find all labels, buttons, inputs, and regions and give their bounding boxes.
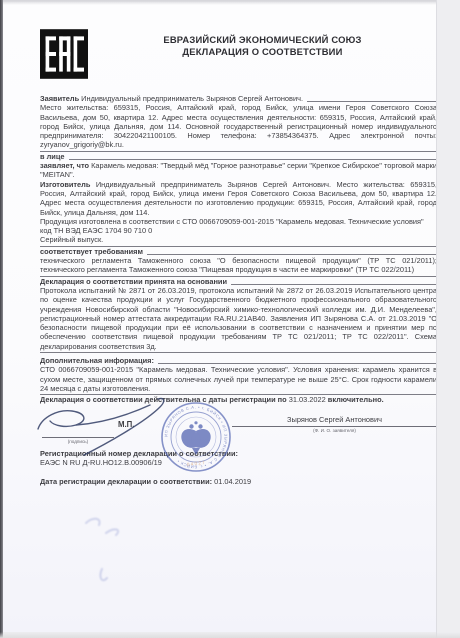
registration-number-label: Регистрационный номер декларации о соотв… — [40, 449, 437, 458]
document-header: ЕВРАЗИЙСКИЙ ЭКОНОМИЧЕСКИЙ СОЮЗ ДЕКЛАРАЦИ… — [40, 29, 437, 79]
union-title: ЕВРАЗИЙСКИЙ ЭКОНОМИЧЕСКИЙ СОЮЗ — [88, 34, 437, 46]
validity-prefix: Декларация о соответствии действительна … — [40, 395, 287, 404]
rule-line — [231, 284, 437, 285]
eac-mark-icon — [40, 29, 88, 79]
in-person-row: в лице — [40, 152, 437, 161]
signer-name: Зырянов Сергей Антонович — [232, 415, 437, 427]
basis-body: Протокола испытаний № 2871 от 26.03.2019… — [40, 286, 437, 353]
additional-heading: Дополнительная информация: — [40, 356, 154, 365]
registration-date-label: Дата регистрации декларации о соответств… — [40, 477, 212, 486]
signature-caption: (подпись) — [42, 439, 114, 445]
scan-edge-bottom — [0, 632, 460, 638]
declares-label: заявляет, что — [40, 161, 89, 170]
compliance-body: технического регламента Таможенного союз… — [40, 256, 437, 277]
compliance-heading: соответствует требованиям — [40, 247, 143, 256]
rule-line — [307, 101, 437, 102]
manufacturer-label: Изготовитель — [40, 180, 90, 189]
additional-heading-row: Дополнительная информация: — [40, 356, 437, 365]
manufacturer-details: Индивидуальный предприниматель Зырянов С… — [40, 180, 437, 217]
applicant-name: Индивидуальный предприниматель Зырянов С… — [81, 94, 303, 103]
product-description: Карамель медовая: "Твердый мёд "Горное р… — [40, 161, 437, 179]
rule-line — [158, 363, 437, 364]
scan-edge-right — [436, 0, 460, 638]
applicant-row: Заявитель Индивидуальный предприниматель… — [40, 94, 437, 103]
signature-area: (подпись) М.П. ИП ЗЫРЯНОВ С.А. • г. БИЙС… — [40, 407, 437, 447]
signer-caption: (Ф. И. О. заявителя) — [232, 427, 437, 434]
basis-heading: Декларация о соответствии принята на осн… — [40, 277, 227, 286]
release-type: Серийный выпуск. — [40, 235, 437, 246]
in-person-label: в лице — [40, 152, 65, 161]
rule-line — [69, 159, 438, 160]
validity-date: 31.03.2022 — [289, 395, 326, 404]
basis-heading-row: Декларация о соответствии принята на осн… — [40, 277, 437, 286]
scan-edge-top — [0, 0, 460, 5]
validity-suffix: включительно. — [328, 395, 384, 404]
signature-line — [42, 437, 114, 438]
ink-smudge-icon — [58, 507, 158, 597]
tn-ved-code: код ТН ВЭД ЕАЭС 1704 90 710 0 — [40, 226, 437, 235]
doc-title: ДЕКЛАРАЦИЯ О СООТВЕТСТВИИ — [88, 46, 437, 58]
rule-line — [147, 254, 437, 255]
product-statement: заявляет, что Карамель медовая: "Твердый… — [40, 161, 437, 180]
applicant-details: Место жительства: 659315, Россия, Алтайс… — [40, 103, 437, 151]
signer-block: Зырянов Сергей Антонович (Ф. И. О. заяви… — [232, 415, 437, 434]
applicant-label: Заявитель — [40, 94, 79, 103]
validity-statement: Декларация о соответствии действительна … — [40, 395, 437, 404]
registration-date-row: Дата регистрации декларации о соответств… — [40, 477, 437, 486]
registration-number: ЕАЭС N RU Д-RU.НО12.В.00906/19 — [40, 458, 437, 467]
additional-body: СТО 0066709059-001-2015 "Карамель медова… — [40, 365, 437, 395]
manufacturer-statement: Изготовитель Индивидуальный предпринимат… — [40, 180, 437, 217]
scan-edge-left — [0, 0, 3, 638]
production-standard: Продукция изготовлена в соответствии с С… — [40, 217, 437, 226]
mp-label: М.П. — [118, 420, 134, 429]
registration-date: 01.04.2019 — [214, 477, 251, 486]
page-title: ЕВРАЗИЙСКИЙ ЭКОНОМИЧЕСКИЙ СОЮЗ ДЕКЛАРАЦИ… — [88, 29, 437, 58]
compliance-heading-row: соответствует требованиям — [40, 247, 437, 256]
document-page: ЕВРАЗИЙСКИЙ ЭКОНОМИЧЕСКИЙ СОЮЗ ДЕКЛАРАЦИ… — [3, 2, 437, 632]
